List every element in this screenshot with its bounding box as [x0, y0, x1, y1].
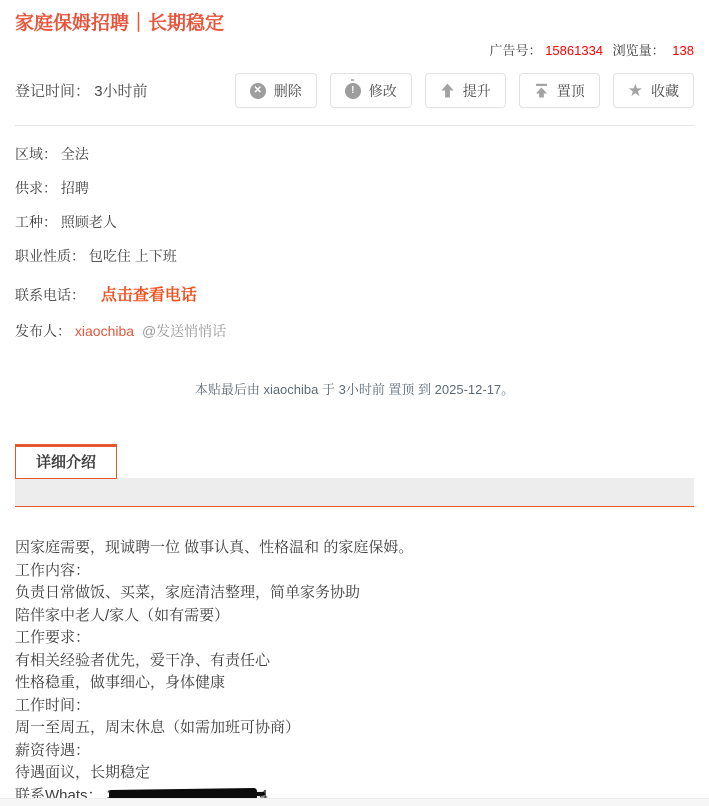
ad-detail-page: 家庭保姆招聘｜长期稳定 广告号： 15861334 浏览量： 138 登记时间：…: [0, 0, 709, 806]
info-row-publisher: 发布人： xiaochiba @发送悄悄话: [15, 324, 694, 339]
pin-to-top-button[interactable]: 置顶: [519, 73, 600, 108]
edit-button[interactable]: ! 修改: [330, 73, 412, 108]
arrow-up-to-top-icon: [534, 83, 549, 98]
jobtype-value: 照顾老人: [61, 214, 117, 230]
page-title: 家庭保姆招聘｜长期稳定: [15, 12, 694, 36]
promote-button[interactable]: 提升: [425, 73, 506, 108]
supply-label: 供求：: [15, 180, 57, 196]
desc-line: 待遇面议，长期稳定: [15, 762, 694, 785]
edit-button-label: 修改: [369, 81, 397, 101]
desc-line: 薪资待遇：: [15, 740, 694, 763]
jobtype-label: 工种：: [15, 214, 57, 230]
desc-line: 工作内容：: [15, 560, 694, 583]
registered-time-value: 3小时前: [94, 83, 147, 100]
region-value: 全法: [61, 146, 89, 162]
pin-to-top-button-label: 置顶: [557, 81, 585, 101]
ad-number-value: 15861334: [545, 43, 603, 58]
region-label: 区域：: [15, 146, 57, 162]
publisher-label: 发布人：: [15, 323, 71, 339]
tab-bar: 详细介绍: [15, 444, 694, 507]
desc-line: 有相关经验者优先，爱干净、有责任心: [15, 650, 694, 673]
tab-detail-intro[interactable]: 详细介绍: [15, 444, 117, 479]
views-label: 浏览量：: [613, 43, 665, 58]
ad-number-label: 广告号：: [490, 43, 542, 58]
header-divider: [15, 125, 694, 126]
promote-button-label: 提升: [463, 81, 491, 101]
action-row: 登记时间： 3小时前 ✕ 删除 ! 修改 提升: [15, 73, 694, 108]
delete-button[interactable]: ✕ 删除: [235, 73, 317, 108]
tab-strip: [15, 478, 694, 507]
views-value: 138: [672, 43, 694, 58]
info-row-phone: 联系电话： 点击查看电话: [15, 288, 694, 303]
supply-value: 招聘: [61, 180, 89, 196]
star-icon: ★: [628, 82, 643, 99]
info-row-supply: 供求： 招聘: [15, 181, 694, 196]
info-row-nature: 职业性质： 包吃住 上下班: [15, 249, 694, 264]
info-row-region: 区域： 全法: [15, 147, 694, 162]
bottom-section-edge: [0, 798, 709, 806]
ad-meta: 广告号： 15861334 浏览量： 138: [15, 40, 694, 59]
desc-line: 负责日常做饭、买菜，家庭清洁整理，简单家务协助: [15, 582, 694, 605]
nature-label: 职业性质：: [15, 248, 85, 264]
desc-line: 因家庭需要，现诚聘一位 做事认真、性格温和 的家庭保姆。: [15, 537, 694, 560]
registered-time: 登记时间： 3小时前: [15, 80, 148, 101]
desc-line: 工作要求：: [15, 627, 694, 650]
desc-line: 周一至周五，周末休息（如需加班可协商）: [15, 717, 694, 740]
phone-label: 联系电话：: [15, 287, 85, 303]
nature-value: 包吃住 上下班: [89, 248, 177, 264]
desc-line: 性格稳重，做事细心，身体健康: [15, 672, 694, 695]
delete-circle-x-icon: ✕: [250, 83, 266, 99]
desc-line: 陪伴家中老人/家人（如有需要）: [15, 605, 694, 628]
info-section: 区域： 全法 供求： 招聘 工种： 照顾老人 职业性质： 包吃住 上下班 联系电…: [15, 147, 694, 339]
info-row-jobtype: 工种： 照顾老人: [15, 215, 694, 230]
send-private-message-link[interactable]: @发送悄悄话: [142, 323, 226, 339]
desc-line: 工作时间：: [15, 695, 694, 718]
edit-circle-exclamation-icon: !: [345, 83, 361, 99]
description-body: 因家庭需要，现诚聘一位 做事认真、性格温和 的家庭保姆。 工作内容： 负责日常做…: [15, 537, 694, 806]
action-buttons: ✕ 删除 ! 修改 提升: [235, 73, 694, 108]
pin-note: 本贴最后由 xiaochiba 于 3小时前 置顶 到 2025-12-17。: [15, 379, 694, 398]
arrow-up-icon: [440, 83, 455, 98]
favorite-button[interactable]: ★ 收藏: [613, 73, 694, 108]
favorite-button-label: 收藏: [651, 81, 679, 101]
view-phone-link[interactable]: 点击查看电话: [101, 287, 197, 304]
publisher-name-link[interactable]: xiaochiba: [75, 323, 134, 339]
registered-time-label: 登记时间：: [15, 83, 90, 100]
delete-button-label: 删除: [274, 81, 302, 101]
